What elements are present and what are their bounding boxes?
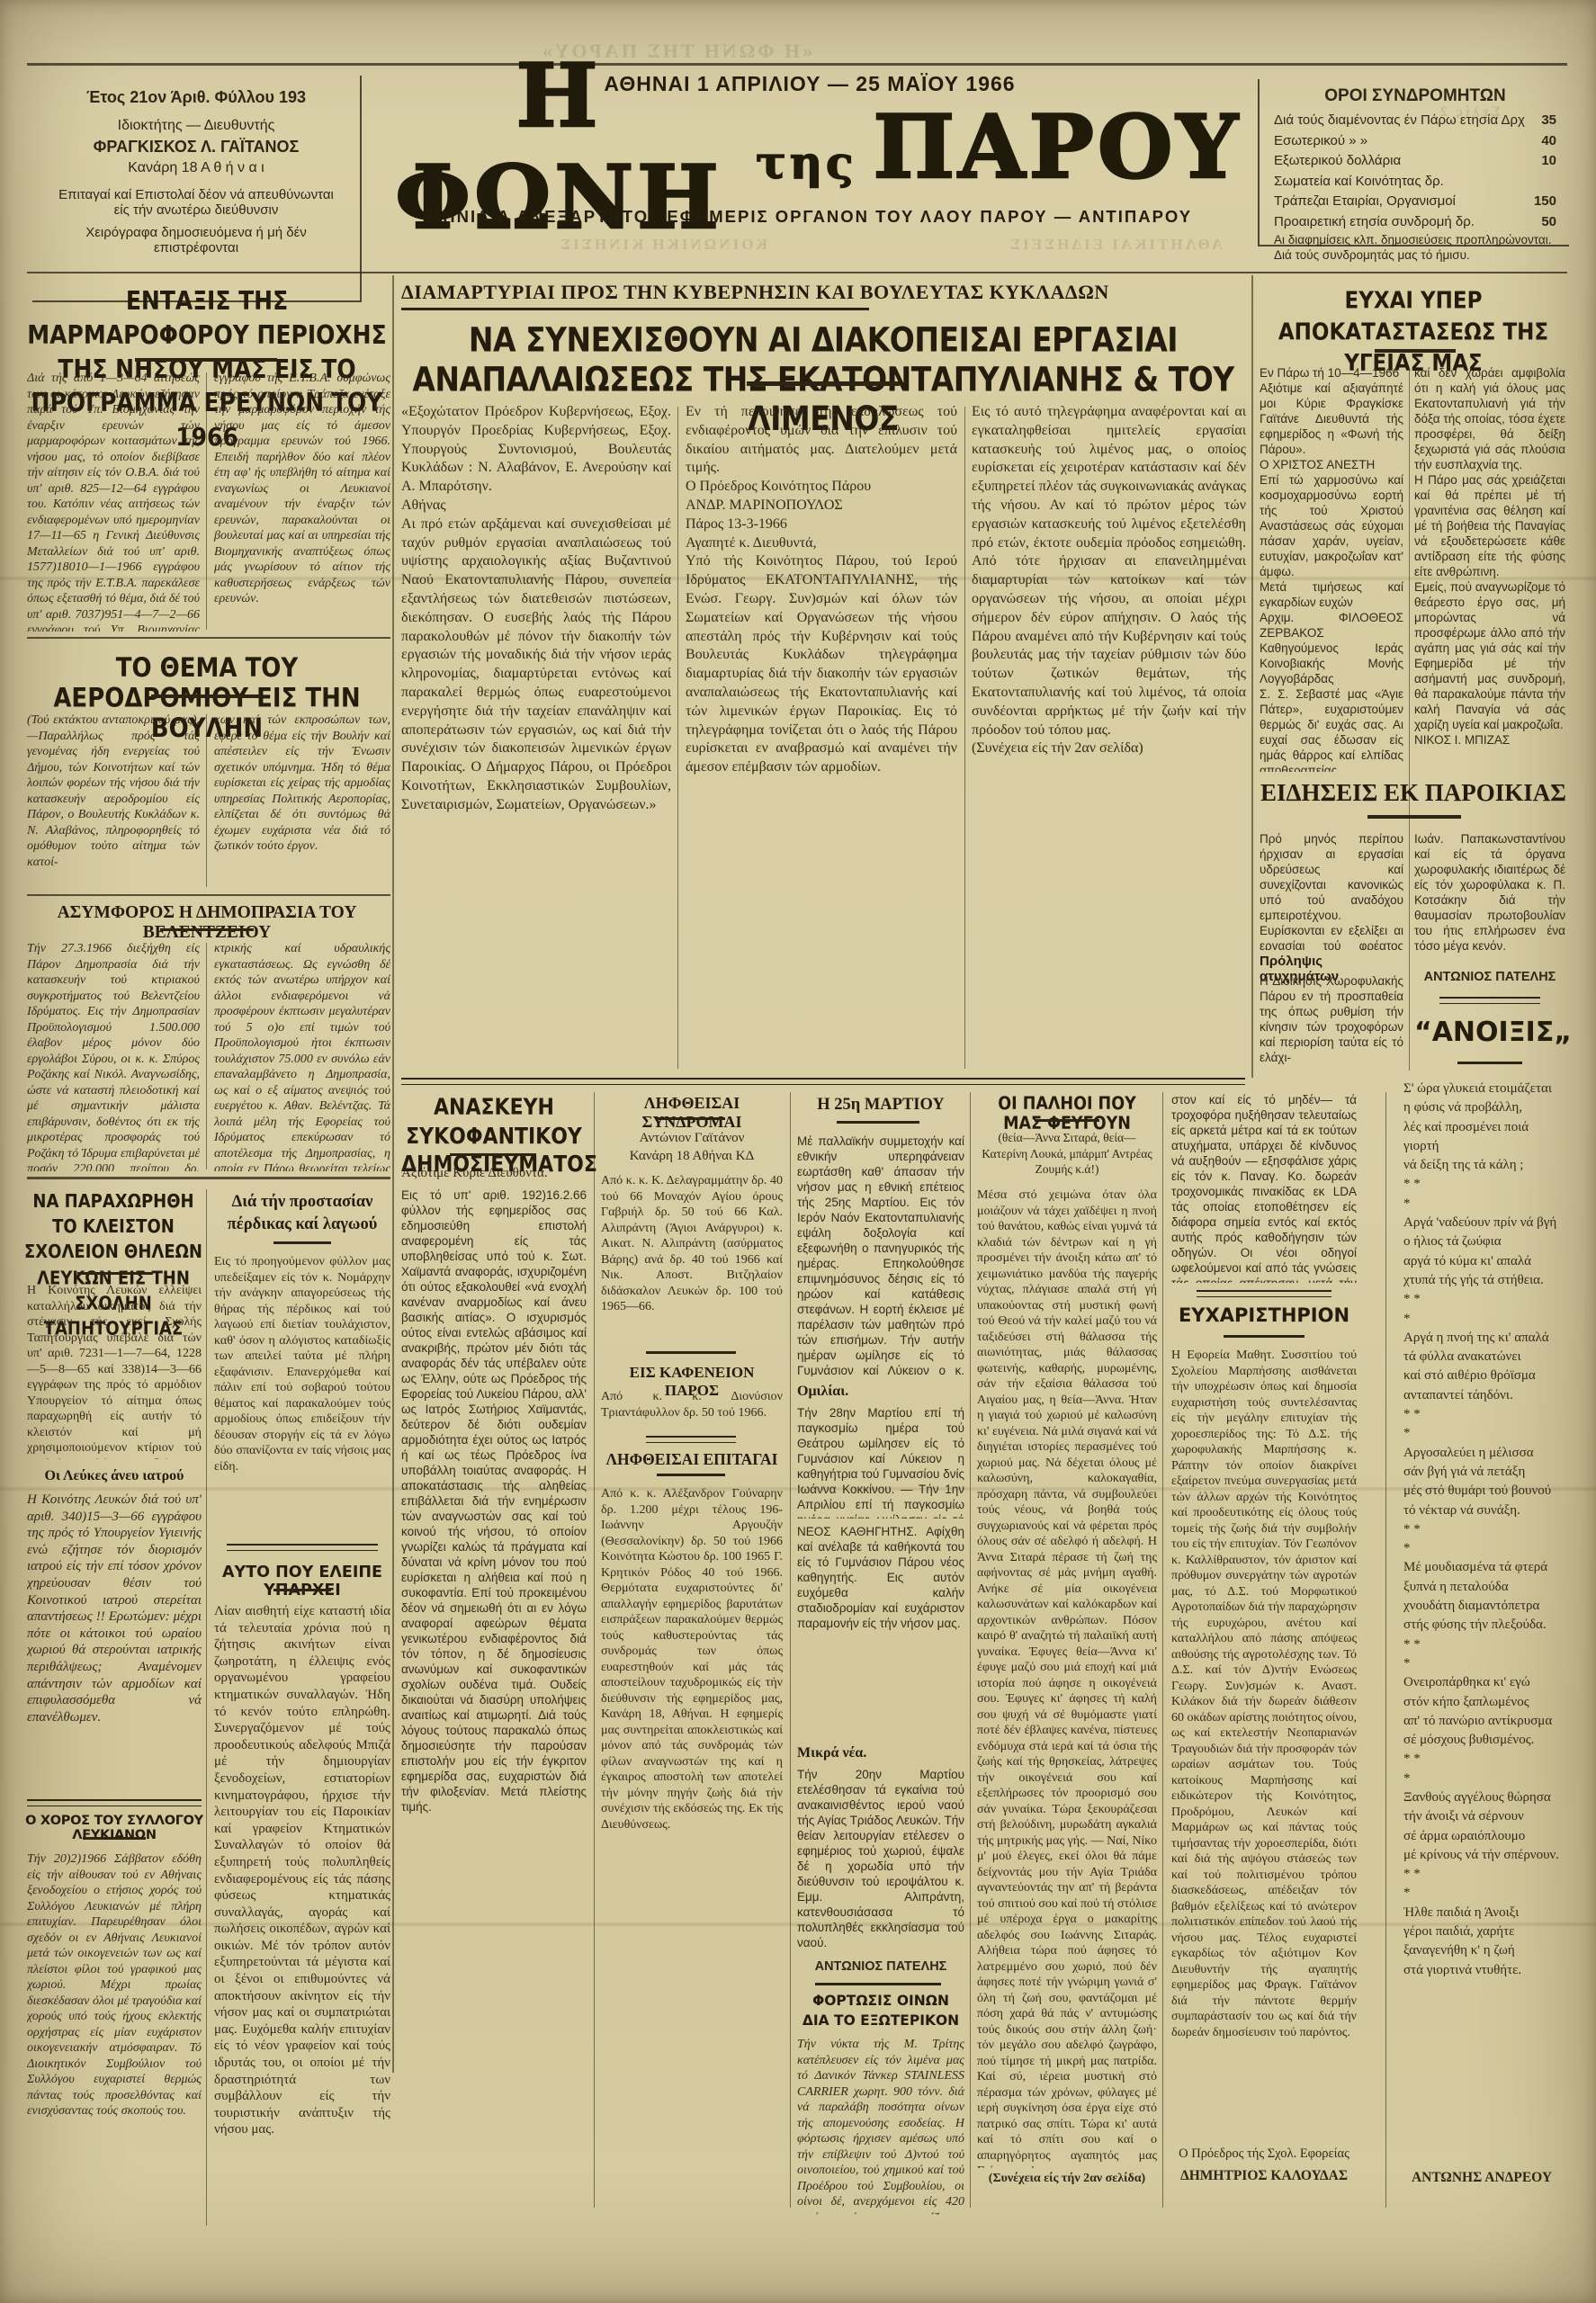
article-headline-syndromai: ΛΗΦΘΕΙΣΑΙ ΣΥΝΔΡΟΜΑΙ — [601, 1094, 783, 1132]
masthead-title: Η ΦΩΝΗ της ΠΑΡΟΥ — [378, 90, 1242, 203]
article-column: Τήν 27.3.1966 διεξήχθη είς Πάρον Δημοπρα… — [27, 941, 200, 1171]
sub-headline-mikra: Μικρά νέα. — [797, 1745, 964, 1761]
headline-underline — [657, 1474, 725, 1476]
issue-number: Έτος 21ον Άριθ. Φύλλου 193 — [32, 88, 360, 107]
section-rule — [27, 1177, 390, 1179]
subscription-label: Εξωτερικού δολλάρια — [1274, 152, 1401, 170]
article-column: Εν Πάρω τή 10—4—1966 Αξιότιμε καί αξιαγά… — [1260, 365, 1403, 772]
section-rule — [27, 637, 390, 639]
article-headline-eucharistirion: ΕΥΧΑΡΙΣΤΗΡΙΟΝ — [1171, 1304, 1357, 1326]
sub-headline-omiliai: Ομιλίαι. — [797, 1384, 964, 1400]
section-rule — [227, 1544, 378, 1551]
subscription-row: Σωματεία καί Κοινότητας δρ. — [1274, 173, 1556, 191]
column-rule — [392, 275, 394, 2073]
newspaper-page: «Η ΦΩΝΗ ΤΗΣ ΠΑΡΟΥ» ΚΟΙΝΩΝΙΚΗ ΚΙΝΗΣΙΣ ΑΘΛ… — [0, 0, 1596, 2303]
article-column: Ιωάν. Παπακωνσταντίνου καί είς τά όργανα… — [1414, 831, 1565, 966]
section-rule — [815, 1983, 941, 1985]
subscription-row: Τράπεζαι Εταιρίαι, Οργανισμοί150 — [1274, 193, 1556, 211]
article-column: Από κ. κ. Κ. Δελαγραμμάτην δρ. 40 τού 66… — [601, 1173, 783, 1348]
headline-underline — [273, 1241, 331, 1244]
signature: ΑΝΤΩΝΙΟΣ ΠΑΤΕΛΗΣ — [797, 1959, 964, 1974]
article-column: Εν τή πεποιθήσει τής εκδηλώσεως τού ενδι… — [686, 403, 957, 1072]
subscription-note: Διά τούς συνδρομητάς μας τό ήμισυ. — [1274, 248, 1556, 264]
article-headline-epitagai: ΛΗΦΘΕΙΣΑΙ ΕΠΙΤΑΓΑΙ — [601, 1450, 783, 1469]
article-headline-palioi: ΟΙ ΠΑΛΗΟΙ ΠΟΥ ΜΑΣ ΦΕΥΓΟΥΝ — [977, 1094, 1157, 1134]
column-rule — [1409, 369, 1410, 1071]
subscription-note: Αι διαφημίσεις κλπ. δημοσιεύσεις προπληρ… — [1274, 233, 1556, 248]
headline-underline — [1375, 349, 1456, 353]
article-column: Τήν 20ην Μαρτίου ετελέσθησαν τά εγκαίνια… — [797, 1767, 964, 1956]
section-rule — [646, 1351, 736, 1354]
section-rule — [1197, 1290, 1331, 1297]
article-headline-fortosis: ΦΟΡΤΩΣΙΣ ΟΙΝΩΝ ΔΙΑ ΤΟ ΕΞΩΤΕΡΙΚΟΝ — [797, 1992, 964, 2030]
article-headline-anoixis: “ΑΝΟΙΞΙΣ„ — [1414, 1017, 1565, 1048]
owner-label: Ιδιοκτήτης — Διευθυντής — [32, 118, 360, 134]
article-column: Εις τό υπ' αριθ. 192)16.2.66 φύλλον τής … — [401, 1187, 587, 2213]
headline-underline — [1457, 1062, 1522, 1064]
article-headline-valentzeio: ΑΣΥΜΦΟΡΟΣ Η ΔΗΜΟΠΡΑΣΙΑ ΤΟΥ ΒΕΛΕΝΤΖΕΙΟΥ — [23, 903, 390, 943]
signature: ΔΗΜΗΤΡΙΟΣ ΚΑΛΟΥΔΑΣ — [1171, 2168, 1357, 2184]
headline-underline — [1224, 1335, 1305, 1338]
headline-underline — [77, 1272, 153, 1275]
article-salute: Αξιότιμε Κύριε Διευθυντά. — [401, 1166, 587, 1181]
masthead-title-part: της — [756, 105, 856, 189]
article-column: Εις τό προηγούμενον φύλλον μας υπεδείξαμ… — [214, 1254, 390, 1535]
article-column: Διά τής από 1—3—64 αιτήσεώς των οι κάτοι… — [27, 371, 200, 632]
headline-underline — [747, 381, 900, 386]
header-rule — [27, 272, 1567, 273]
subscription-title: ΟΡΟΙ ΣΥΝΔΡΟΜΗΤΩΝ — [1274, 86, 1556, 106]
article-column: Μέσα στό χειμώνα όταν όλα μοιάζουν νά τά… — [977, 1187, 1157, 2168]
subscription-label: Προαιρετική ετησία συνδρομή δρ. — [1274, 213, 1475, 231]
article-headline-eleipe: ΑΥΤΟ ΠΟΥ ΕΛΕΙΠΕ ΥΠΑΡΧΕΙ — [214, 1564, 390, 1600]
headline-underline — [151, 694, 261, 698]
column-rule — [790, 1092, 791, 2208]
section-rule — [27, 894, 390, 896]
headline-underline — [160, 928, 254, 931]
column-rule — [1385, 1092, 1386, 2208]
signature: ΑΝΤΩΝΙΟΣ ΠΑΤΕΛΗΣ — [1414, 970, 1565, 984]
masthead-subtitle: ΜΗΝΙΑΙΑ ΑΝΕΞΑΡΤΗΤΟΣ ΕΦΗΜΕΡΙΣ ΟΡΓΑΝΟΝ ΤΟΥ… — [378, 207, 1242, 227]
manuscript-notice: Χειρόγραφα δημοσιευόμενα ή μή δέν επιστρ… — [32, 225, 360, 255]
article-column: Τήν νύκτα τής Μ. Τρίτης κατέπλευσεν είς … — [797, 2037, 964, 2215]
column-rule — [964, 407, 965, 1069]
article-subhead: (θεία—Άννα Σιταρά, θεία—Κατερίνη Λουκά, … — [977, 1130, 1157, 1178]
subscription-box: ΟΡΟΙ ΣΥΝΔΡΟΜΗΤΩΝ Διά τούς διαμένοντας έν… — [1258, 79, 1569, 246]
headline-underline — [1367, 815, 1461, 819]
show-through-text: ΑΘΛΗΤΙΚΑΙ ΕΙΔΗΣΕΙΣ — [1008, 236, 1223, 254]
top-rule — [27, 63, 1567, 66]
article-column: «Εξοχώτατον Πρόεδρον Κυβερνήσεως, Εξοχ. … — [401, 403, 671, 1072]
subscription-label: Σωματεία καί Κοινότητας δρ. — [1274, 173, 1444, 191]
subscription-row: Διά τούς διαμένοντας έν Πάρω ετησία Δρχ3… — [1274, 112, 1556, 130]
headline-underline — [1035, 1119, 1099, 1122]
article-column: Εις τό αυτό τηλεγράφημα αναφέρονται καί … — [972, 403, 1246, 1072]
headline-underline — [657, 1117, 725, 1120]
column-rule — [677, 407, 678, 1069]
article-column: Η Διοίκησις Χωροφυλακής Πάρου εν τή προσ… — [1260, 973, 1403, 1074]
article-column: Τήν 20)2)1966 Σάββατον εδόθη είς τήν αίθ… — [27, 1851, 202, 2226]
poem-anoixis: Σ' ώρα γλυκειά ετοιμάζεται η φύσις νά πρ… — [1403, 1080, 1567, 2159]
subscription-value: 10 — [1529, 152, 1556, 170]
signature: ΑΝΤΩΝΗΣ ΑΝΔΡΕΟΥ — [1396, 2170, 1567, 2186]
article-column: Η Κοινότης Λευκών διά τού υπ' αριθ. 340)… — [27, 1492, 202, 1792]
article-column: Η Εφορεία Μαθητ. Συσσιτίου τού Σχολείου … — [1171, 1348, 1357, 2139]
article-headline-martiou: Η 25η ΜΑΡΤΙΟΥ — [797, 1096, 964, 1115]
article-column: Από κ. κ. Αλέξανδρον Γούναρην δρ. 1.200 … — [601, 1486, 783, 2213]
subscription-row: Εξωτερικού δολλάρια10 — [1274, 152, 1556, 170]
headline-underline — [450, 1153, 536, 1156]
column-rule — [206, 372, 207, 630]
article-column: ΝΕΟΣ ΚΑΘΗΓΗΤΗΣ. Αφίχθη καί ανέλαβε τά κα… — [797, 1524, 964, 1740]
headline-underline — [135, 358, 277, 362]
subscription-value: 40 — [1529, 132, 1556, 150]
section-rule — [646, 1436, 736, 1443]
article-column: Η Κοινότης Λευκών ελλείψει καταλλήλου οι… — [27, 1283, 202, 1459]
subscription-label: Διά τούς διαμένοντας έν Πάρω ετησία Δρχ — [1274, 112, 1525, 130]
article-column: καί δέν χωράει αμφιβολία ότι η καλή γιά … — [1414, 365, 1565, 772]
subscription-row: Προαιρετική ετησία συνδρομή δρ.50 — [1274, 213, 1556, 231]
article-column: (Τού εκτάκτου ανταποκριτού μας).—Παραλλή… — [27, 712, 200, 889]
subscription-label: Εσωτερικού » » — [1274, 132, 1367, 150]
article-headline-perdika: Διά τήν προστασίαν πέρδικας καί λαγωού — [214, 1191, 390, 1236]
subscription-value: 50 — [1529, 213, 1556, 231]
article-column: εγγράφου τής Ε.Τ.Β.Α. συμφώνως πρός τό ο… — [214, 371, 390, 632]
column-rule — [206, 1189, 207, 2226]
article-column: στον καί είς τό μηδέν— τά τροχοφόρα ηυξή… — [1171, 1092, 1357, 1283]
publication-info-box: Έτος 21ον Άριθ. Φύλλου 193 Ιδιοκτήτης — … — [32, 76, 362, 302]
owner-address: Κανάρη 18 Α θ ή ν α ι — [32, 160, 360, 176]
article-column: Πρό μηνός περίπου ήρχισαν αι εργασίαι υδ… — [1260, 831, 1403, 950]
column-rule — [594, 1092, 595, 2208]
column-rule — [1162, 1092, 1163, 2208]
section-rule — [27, 1799, 202, 1806]
subscription-value: 150 — [1529, 193, 1556, 211]
paper-crease — [0, 1922, 1596, 1927]
article-column: Λίαν αισθητή είχε καταστή ιδία τά τελευτ… — [214, 1603, 390, 2226]
subscription-value — [1529, 173, 1556, 191]
section-rule — [1439, 997, 1540, 1004]
signature-role: Ο Πρόεδρος τής Σχολ. Εφορείας — [1171, 2146, 1357, 2162]
article-column: κων καί τών εκπροσώπων των, έφερε τό θέμ… — [214, 712, 390, 889]
subscription-label: Τράπεζαι Εταιρίαι, Οργανισμοί — [1274, 193, 1456, 211]
subscription-value: 35 — [1529, 112, 1556, 130]
column-rule — [206, 943, 207, 1169]
article-headline-eidiseis: ΕΙΔΗΣΕΙΣ ΕΚ ΠΑΡΟΙΚΙΑΣ — [1258, 779, 1569, 807]
subscription-row: Εσωτερικού » »40 — [1274, 132, 1556, 150]
headline-underline — [273, 1589, 331, 1591]
section-rule — [401, 1078, 1245, 1085]
mail-notice: Επιταγαί καί Επιστολαί δέον νά απευθύνων… — [32, 187, 360, 218]
column-rule — [970, 1092, 971, 2208]
paper-crease — [0, 1486, 1596, 1492]
sub-headline-iatros: Οι Λεύκες άνευ ιατρού — [27, 1468, 202, 1484]
paper-crease — [0, 576, 1596, 581]
owner-name: ΦΡΑΓΚΙΣΚΟΣ Λ. ΓΑΪΤΑΝΟΣ — [32, 138, 360, 157]
article-column: κτρικής καί υδραυλικής εγκαταστάσεως. Ως… — [214, 941, 390, 1171]
headline-underline — [837, 1121, 919, 1124]
article-column: Μέ παλλαϊκήν συμμετοχήν καί εθνικήν υπερ… — [797, 1134, 964, 1376]
article-column: Τήν 28ην Μαρτίου επί τή παγκοσμίω ημέρα … — [797, 1405, 964, 1519]
column-rule — [206, 714, 207, 887]
kicker-headline: ΔΙΑΜΑΡΤΥΡΙΑΙ ΠΡΟΣ ΤΗΝ ΚΥΒΕΡΝΗΣΙΝ ΚΑΙ ΒΟΥ… — [401, 281, 1139, 304]
address-line: Αντώνιον Γαϊτάνον Κανάρη 18 Αθήναι ΚΔ — [601, 1130, 783, 1165]
masthead-title-part: ΠΑΡΟΥ — [874, 96, 1242, 198]
continuation-note: (Συνέχεια είς τήν 2αν σελίδα) — [977, 2172, 1157, 2186]
headline-underline — [83, 1837, 146, 1840]
kicker-underline — [401, 308, 869, 310]
article-column: Από κ. κ. Διονύσιον Τριαντάφυλλον δρ. 50… — [601, 1389, 783, 1432]
column-rule — [1251, 275, 1253, 1078]
